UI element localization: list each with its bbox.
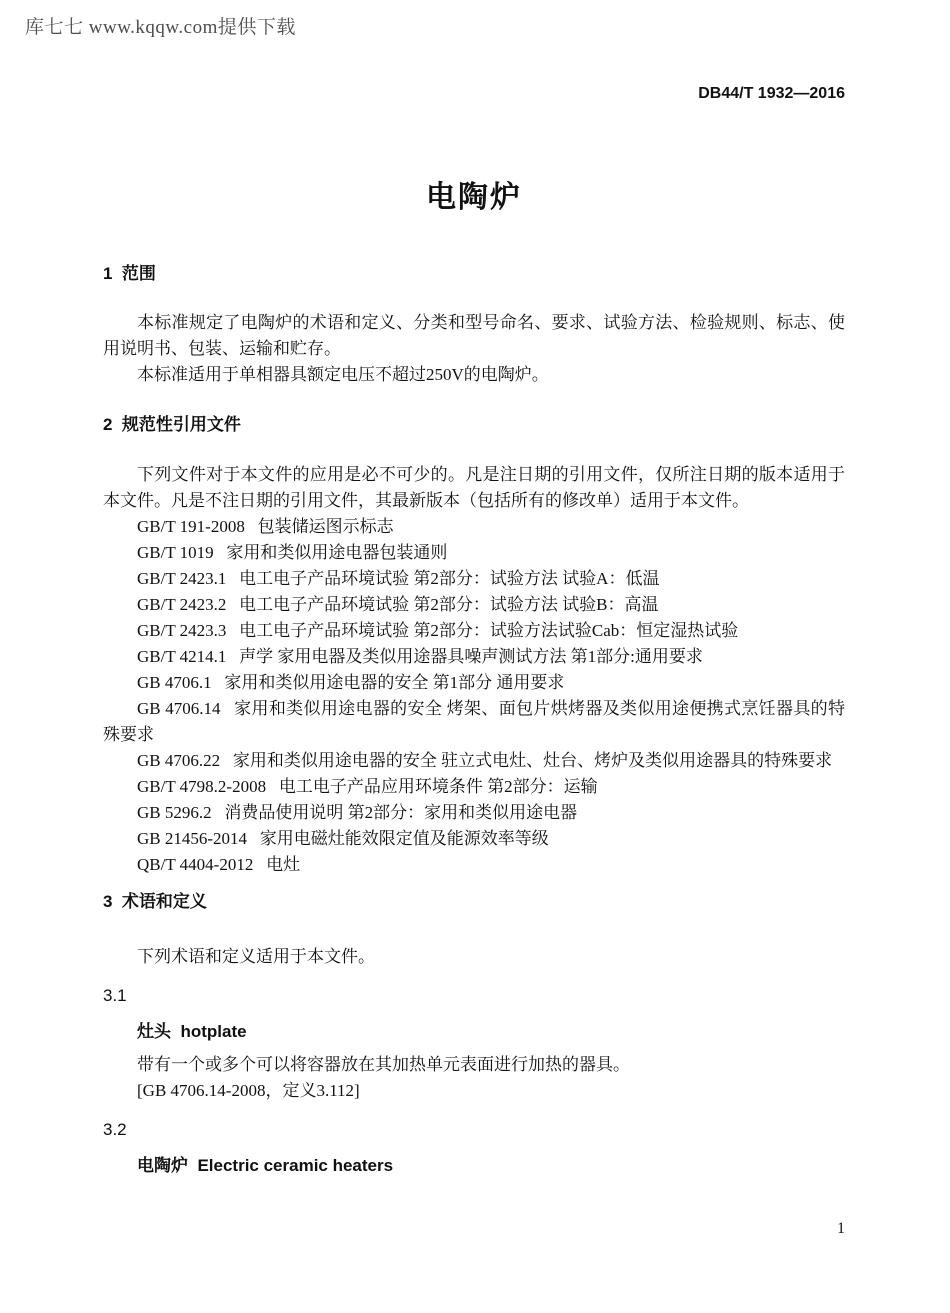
term-number: 3.2 (103, 1118, 845, 1142)
term-name: 灶头 hotplate (103, 1020, 845, 1044)
document-page: 库七七 www.kqqw.com提供下载 DB44/T 1932—2016 电陶… (0, 0, 950, 1313)
reference-item: QB/T 4404-2012 电灶 (103, 852, 845, 878)
reference-item: GB/T 191-2008 包装储运图示标志 (103, 514, 845, 540)
reference-item: GB/T 1019 家用和类似用途电器包装通则 (103, 540, 845, 566)
term-name: 电陶炉 Electric ceramic heaters (103, 1154, 845, 1178)
section-1-paragraph: 本标准适用于单相器具额定电压不超过250V的电陶炉。 (103, 362, 845, 388)
reference-item: GB 5296.2 消费品使用说明 第2部分：家用和类似用途电器 (103, 800, 845, 826)
reference-item: GB/T 2423.1 电工电子产品环境试验 第2部分：试验方法 试验A：低温 (103, 566, 845, 592)
section-1-paragraph: 本标准规定了电陶炉的术语和定义、分类和型号命名、要求、试验方法、检验规则、标志、… (103, 310, 845, 362)
section-2-heading: 2 规范性引用文件 (103, 413, 845, 437)
section-3-heading: 3 术语和定义 (103, 890, 845, 914)
reference-item: GB 4706.22 家用和类似用途电器的安全 驻立式电灶、灶台、烤炉及类似用途… (103, 748, 845, 774)
document-content: 电陶炉 1 范围 本标准规定了电陶炉的术语和定义、分类和型号命名、要求、试验方法… (103, 0, 845, 1178)
reference-item: GB 4706.14 家用和类似用途电器的安全 烤架、面包片烘烤器及类似用途便携… (103, 696, 845, 748)
reference-item: GB/T 4214.1 声学 家用电器及类似用途器具噪声测试方法 第1部分:通用… (103, 644, 845, 670)
section-2-intro: 下列文件对于本文件的应用是必不可少的。凡是注日期的引用文件，仅所注日期的版本适用… (103, 462, 845, 514)
page-title: 电陶炉 (103, 180, 845, 216)
reference-list: GB/T 191-2008 包装储运图示标志 GB/T 1019 家用和类似用途… (103, 514, 845, 878)
reference-item: GB/T 2423.3 电工电子产品环境试验 第2部分：试验方法试验Cab：恒定… (103, 618, 845, 644)
reference-item: GB/T 2423.2 电工电子产品环境试验 第2部分：试验方法 试验B：高温 (103, 592, 845, 618)
page-number: 1 (837, 1218, 845, 1240)
term-definition: 带有一个或多个可以将容器放在其加热单元表面进行加热的器具。 (103, 1052, 845, 1078)
section-3-intro: 下列术语和定义适用于本文件。 (103, 944, 845, 970)
reference-item: GB 4706.1 家用和类似用途电器的安全 第1部分 通用要求 (103, 670, 845, 696)
section-1-heading: 1 范围 (103, 262, 845, 286)
reference-item: GB 21456-2014 家用电磁灶能效限定值及能源效率等级 (103, 826, 845, 852)
term-3-2: 3.2 电陶炉 Electric ceramic heaters (103, 1118, 845, 1178)
term-number: 3.1 (103, 984, 845, 1008)
term-source: [GB 4706.14-2008，定义3.112] (103, 1078, 845, 1104)
reference-item: GB/T 4798.2-2008 电工电子产品应用环境条件 第2部分：运输 (103, 774, 845, 800)
term-3-1: 3.1 灶头 hotplate 带有一个或多个可以将容器放在其加热单元表面进行加… (103, 984, 845, 1104)
